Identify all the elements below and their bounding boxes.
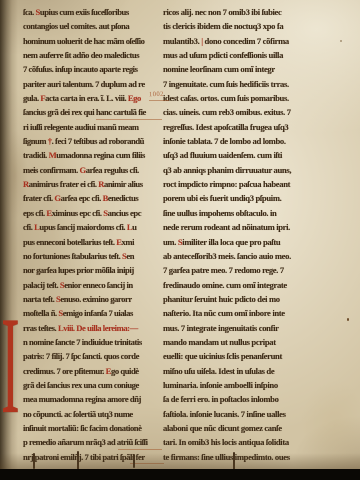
- ink-text: ancius epc: [108, 208, 141, 218]
- ink-text: nem auferre ſit adño deo maledictus: [23, 50, 139, 60]
- text-line: mando mandam ut nullus pcripat: [163, 335, 337, 349]
- text-line: 7 ingenuitate. cum ſuis hedificiis trras…: [163, 77, 337, 91]
- text-line: euelli: que uicinius ſclis penanſerunt: [163, 349, 337, 363]
- ink-text: mulantib3.: [163, 36, 201, 46]
- ink-text: faſtiola. inſonie lucanis. 7 inſine uall…: [163, 409, 286, 419]
- text-line: tari. In omib3 his locis antiqua ſolidit…: [163, 435, 337, 449]
- ink-text: umadonna regina cum filiis: [56, 150, 145, 160]
- ink-text: euelli: que uicinius ſclis penanſerunt: [163, 351, 282, 361]
- ink-text: dono concedim 7 cõfirma: [203, 36, 289, 46]
- text-column-left: ſca. Supius cum exiis ſuceſſoribuscontan…: [23, 5, 165, 464]
- ink-text: credimus. 7 ore pfitemur.: [23, 366, 106, 376]
- text-line: ſa de ferri ero. in poſtaclos inlombo: [163, 392, 337, 406]
- text-line: ri iuſſi relegente audiui manũ meam: [23, 120, 165, 134]
- ink-text: arſea epc cfi.: [61, 193, 103, 203]
- text-line: nor garſea lupes prior mõſila inipij: [23, 263, 165, 277]
- text-line: contangios uel comites. aut pſona: [23, 19, 165, 33]
- text-line: roct impdicto rimpno: paſcua habeant: [163, 177, 337, 191]
- ink-text: nede rerum rodeant ad nõinatum ipri.: [163, 222, 290, 232]
- ink-text: 7 garſea patre meo. 7 redomo rege. 7: [163, 265, 284, 275]
- ink-text: tis clericis ibidem die noctuq3 xpo fa: [163, 21, 283, 31]
- text-line: no cõpuncti. ac ſolertiã utq3 nume: [23, 407, 165, 421]
- text-line: gula. Facta carta in era. ĩ. L. viii. Eg…: [23, 91, 165, 105]
- text-line: 7 cõfuſus. inſup incauto aparte regis: [23, 62, 165, 76]
- ink-text: upius cum exiis ſuceſſoribus: [40, 7, 129, 17]
- text-line: phanitur ſeruint huic pdicto dei mo: [163, 292, 337, 306]
- ink-text: ſa de ferri ero. in poſtaclos inlombo: [163, 394, 279, 404]
- ink-text: 7 cõfuſus. inſup incauto aparte regis: [23, 64, 138, 74]
- text-line: ab anteceſſorib3 meis. ſancio auio meo.: [163, 249, 337, 263]
- parchment-speck: [340, 40, 342, 42]
- ink-text: fredinaudo omine. cum omĩ integrate: [163, 280, 287, 290]
- text-line: regreſſus. Idest apoſcatilla frugea uſq3: [163, 120, 337, 134]
- ink-text: inſinuit mortaliũ: ſic facim donationè: [23, 423, 142, 433]
- ink-text: grã dei ſancius rex una cum coniuge: [23, 380, 139, 390]
- ink-text: cfi.: [23, 222, 34, 232]
- ink-text: ri iuſſi relegente audiui manũ meam: [23, 122, 139, 132]
- text-line: hominum uoluerit de hac mãm oſeſſio: [23, 34, 165, 48]
- ink-text: 7 ingenuitate. cum ſuis hedificiis trras…: [163, 79, 289, 89]
- text-line: pus enneconi botellarius teſt. Exmi: [23, 235, 165, 249]
- marginal-date-annotation: 1002: [149, 91, 164, 99]
- ink-text: eps cfi.: [23, 208, 46, 218]
- text-line: mulantib3. | dono concedim 7 cõfirma: [163, 34, 337, 48]
- ink-text: imiliter illa loca que pro paſtu: [182, 237, 280, 247]
- text-line: tradidi. Mumadonna regina cum filiis: [23, 148, 165, 162]
- text-line: patris: 7 filij. 7 ſpc ſancti. quos cord…: [23, 349, 165, 363]
- ink-text: phanitur ſeruint huic pdicto dei mo: [163, 294, 280, 304]
- text-line: inſonie tablata. 7 de lombo ad lombo.: [163, 134, 337, 148]
- text-line: miſno uſu uiſela. Idest in uſulas de: [163, 364, 337, 378]
- text-line: q3 ab anniqs phanim dirruuatur auns,: [163, 163, 337, 177]
- text-line: no fortuniones ſtabularius teſt. Sen: [23, 249, 165, 263]
- ink-text: n nomine ſancte 7 indiuidue trinitatis: [23, 337, 142, 347]
- ink-text: enuso. eximino garorr: [60, 294, 131, 304]
- text-line: moſtella ñ. Semigo infanſa 7 uialas: [23, 306, 165, 320]
- ink-text: enior enneco ſancij in: [64, 280, 132, 290]
- text-line: nede rerum rodeant ad nõinatum ipri.: [163, 220, 337, 234]
- ink-text: rras teſtes.: [23, 323, 58, 333]
- text-line: naſterio. Ita nũc cum omĩ inbore inte: [163, 306, 337, 320]
- text-line: alaboni que nũc dicunt gomez canſe: [163, 421, 337, 435]
- ink-text: hominum uoluerit de hac mãm oſeſſio: [23, 36, 145, 46]
- ink-text: ximinus epc cfi.: [52, 208, 104, 218]
- text-line: pariter auri talentum. 7 duplum ad re: [23, 77, 165, 91]
- ink-text: inſonie tablata. 7 de lombo ad lombo.: [163, 136, 286, 146]
- ink-text: ſine uullus impohems obſtaculo. in: [163, 208, 276, 218]
- ink-text: gula.: [23, 93, 40, 103]
- ink-text: enedictus: [108, 193, 138, 203]
- manuscript-page-photo: ſca. Supius cum exiis ſuceſſoribuscontan…: [0, 0, 360, 480]
- text-line: p remedio añarum nrãq3 ad atriũ ſciſſi: [23, 435, 165, 449]
- ink-text: ſca.: [23, 7, 36, 17]
- ink-text: en: [126, 251, 134, 261]
- text-line: uſq3 ad fluuium uaidenſem. cum iſti: [163, 148, 337, 162]
- text-line: um. Similiter illa loca que pro paſtu: [163, 235, 337, 249]
- text-line: ſancius grã dei rex qui hanc cartulã fie: [23, 105, 165, 119]
- text-line: frater cfi. Garſea epc cfi. Benedictus: [23, 191, 165, 205]
- ink-text: no fortuniones ſtabularius teſt.: [23, 251, 122, 261]
- ink-text: pariter auri talentum. 7 duplum ad re: [23, 79, 145, 89]
- annotation-underline: [149, 100, 169, 101]
- ink-text: meis confirmam.: [23, 165, 80, 175]
- photo-bottom-black-band: [0, 469, 360, 480]
- ink-text: go quidè: [111, 366, 139, 376]
- ink-text: contangios uel comites. aut pſona: [23, 21, 129, 31]
- rubricated-text: Ego: [128, 93, 141, 103]
- ink-text: nomine leorſinam cum omĩ integr: [163, 64, 275, 74]
- ink-text: acta carta in era. ĩ. L. viii.: [45, 93, 128, 103]
- text-line: inſinuit mortaliũ: ſic facim donationè: [23, 421, 165, 435]
- ink-text: ſancius grã dei rex qui hanc cartulã fie: [23, 107, 146, 117]
- rubricated-text: Lviii. De uilla lereima:—: [58, 323, 138, 333]
- text-line: nomine leorſinam cum omĩ integr: [163, 62, 337, 76]
- ink-text: arſea regulus cfi.: [86, 165, 139, 175]
- text-line: n nomine ſancte 7 indiuidue trinitatis: [23, 335, 165, 349]
- ink-text: frater cfi.: [23, 193, 54, 203]
- ink-text: patris: 7 filij. 7 ſpc ſancti. quos cord…: [23, 351, 139, 361]
- ink-text: alaboni que nũc dicunt gomez canſe: [163, 423, 282, 433]
- text-line: faſtiola. inſonie lucanis. 7 inſine uall…: [163, 407, 337, 421]
- ink-text: roct impdicto rimpno: paſcua habeant: [163, 179, 290, 189]
- text-line: credimus. 7 ore pfitemur. Ego quidè: [23, 364, 165, 378]
- ink-text: pus enneconi botellarius teſt.: [23, 237, 116, 247]
- ink-text: mus ad uſum pdicti confeſſionis uilla: [163, 50, 283, 60]
- ink-text: tari. In omib3 his locis antiqua ſolidit…: [163, 437, 289, 447]
- text-line: mea mumadomna regina amore dñj: [23, 392, 165, 406]
- ink-text: ſignum: [23, 136, 48, 146]
- text-line: ſine uullus impohems obſtaculo. in: [163, 206, 337, 220]
- ink-text: mea mumadomna regina amore dñj: [23, 394, 141, 404]
- text-line: ſca. Supius cum exiis ſuceſſoribus: [23, 5, 165, 19]
- text-line: meis confirmam. Garſea regulus cfi.: [23, 163, 165, 177]
- text-line: mus. 7 integrate ingenuitatis confir: [163, 321, 337, 335]
- ink-text: moſtella ñ.: [23, 308, 58, 318]
- annotation-underline: [96, 119, 162, 120]
- ink-text: narta teſt.: [23, 294, 56, 304]
- ink-text: upus ſancij maiordoms cfi.: [39, 222, 126, 232]
- text-line: cfi. Lupus ſancij maiordoms cfi. Lu: [23, 220, 165, 234]
- text-line: cias. uineis. cum reb3 omibus. exitus. 7: [163, 105, 337, 119]
- text-line: idest caſas. ortos. cum ſuis pomaribus.: [163, 91, 337, 105]
- text-line: porem ubi eis fuerit undiq3 pſpuim.: [163, 191, 337, 205]
- bottom-edge-shadow: [0, 453, 360, 469]
- ink-text: q3 ab anniqs phanim dirruuatur auns,: [163, 165, 291, 175]
- ink-text: no cõpuncti. ac ſolertiã utq3 nume: [23, 409, 133, 419]
- ink-text: um.: [163, 237, 178, 247]
- ink-text: mus. 7 integrate ingenuitatis confir: [163, 323, 279, 333]
- ink-text: naſterio. Ita nũc cum omĩ inbore inte: [163, 308, 285, 318]
- text-column-right: ricos alij. nec non 7 omib3 ibi ſubiecti…: [163, 5, 337, 464]
- text-line: 7 garſea patre meo. 7 redomo rege. 7: [163, 263, 337, 277]
- ink-text: . feci 7 teſtibus ad roborandũ: [52, 136, 144, 146]
- ink-text: idest caſas. ortos. cum ſuis pomaribus.: [163, 93, 289, 103]
- text-line: nem auferre ſit adño deo maledictus: [23, 48, 165, 62]
- ink-text: ricos alij. nec non 7 omib3 ibi ſubiec: [163, 7, 281, 17]
- ink-text: uſq3 ad fluuium uaidenſem. cum iſti: [163, 150, 282, 160]
- ink-text: cias. uineis. cum reb3 omibus. exitus. 7: [163, 107, 291, 117]
- ink-text: porem ubi eis fuerit undiq3 pſpuim.: [163, 193, 281, 203]
- ink-text: luminaria. inſonie amboelli inſpino: [163, 380, 278, 390]
- text-line: tis clericis ibidem die noctuq3 xpo fa: [163, 19, 337, 33]
- text-line: narta teſt. Senuso. eximino garorr: [23, 292, 165, 306]
- ink-text: regreſſus. Idest apoſcatilla frugea uſq3: [163, 122, 288, 132]
- text-line: ſignum †. feci 7 teſtibus ad roborandũ: [23, 134, 165, 148]
- parchment-speck: [347, 318, 349, 321]
- text-line: ricos alij. nec non 7 omib3 ibi ſubiec: [163, 5, 337, 19]
- ink-text: animirus frater ei cfi.: [29, 179, 98, 189]
- ink-text: xmi: [122, 237, 135, 247]
- ink-text: palacij teſt.: [23, 280, 60, 290]
- ink-text: miſno uſu uiſela. Idest in uſulas de: [163, 366, 274, 376]
- text-line: grã dei ſancius rex una cum coniuge: [23, 378, 165, 392]
- ink-text: ab anteceſſorib3 meis. ſancio auio meo.: [163, 251, 291, 261]
- ink-text: tradidi.: [23, 150, 49, 160]
- text-line: Ranimirus frater ei cfi. Ranimir alius: [23, 177, 165, 191]
- text-line: mus ad uſum pdicti confeſſionis uilla: [163, 48, 337, 62]
- ink-text: u: [132, 222, 136, 232]
- ink-text: mando mandam ut nullus pcripat: [163, 337, 276, 347]
- text-line: luminaria. inſonie amboelli inſpino: [163, 378, 337, 392]
- text-line: fredinaudo omine. cum omĩ integrate: [163, 278, 337, 292]
- ink-text: nor garſea lupes prior mõſila inipij: [23, 265, 134, 275]
- red-drop-initial-I: I: [1, 296, 20, 436]
- text-line: eps cfi. Eximinus epc cfi. Sancius epc: [23, 206, 165, 220]
- text-line: palacij teſt. Senior enneco ſancij in: [23, 278, 165, 292]
- annotation-underline: [118, 449, 162, 450]
- ink-text: emigo infanſa 7 uialas: [63, 308, 133, 318]
- ink-text: p remedio añarum nrãq3 ad atriũ ſciſſi: [23, 437, 148, 447]
- text-line: rras teſtes. Lviii. De uilla lereima:—: [23, 321, 165, 335]
- ink-text: animir alius: [104, 179, 143, 189]
